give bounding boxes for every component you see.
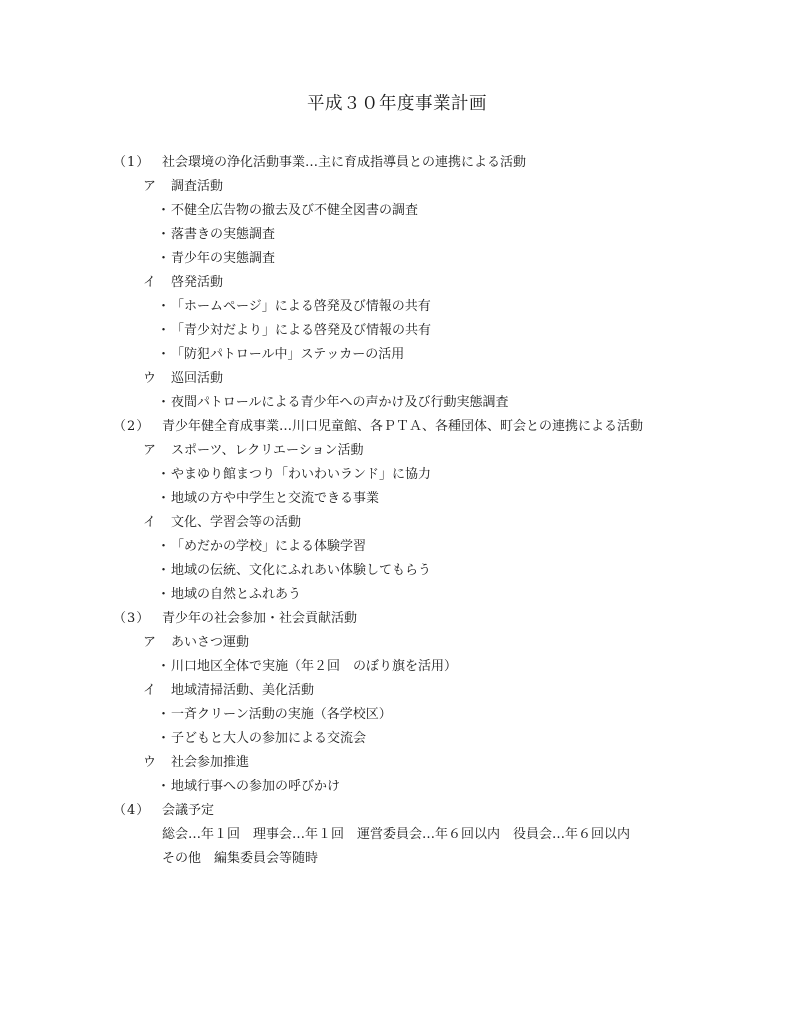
plan-body: （1） 社会環境の浄化活動事業…主に育成指導員との連携による活動 ア 調査活動 … — [113, 151, 713, 871]
bullet-text: 青少年の実態調査 — [171, 247, 275, 271]
bullet-icon: ・ — [157, 703, 170, 727]
section-number: （2） — [113, 415, 150, 439]
bullet-item: ・ 一斉クリーン活動の実施（各学校区） — [113, 703, 713, 727]
bullet-item: ・ 地域の伝統、文化にふれあい体験してもらう — [113, 559, 713, 583]
subsection-marker: イ — [143, 511, 156, 535]
section-number: （1） — [113, 151, 150, 175]
bullet-icon: ・ — [157, 727, 170, 751]
subsection-heading: ア スポーツ、レクリエーション活動 — [113, 439, 713, 463]
section-number: （3） — [113, 607, 150, 631]
bullet-item: ・ 青少年の実態調査 — [113, 247, 713, 271]
section-title: 会議予定 — [162, 799, 214, 823]
bullet-icon: ・ — [157, 223, 170, 247]
subsection-marker: ア — [143, 631, 156, 655]
bullet-icon: ・ — [157, 775, 170, 799]
section-heading: （1） 社会環境の浄化活動事業…主に育成指導員との連携による活動 — [113, 151, 713, 175]
bullet-text: 川口地区全体で実施（年２回 のぼり旗を活用） — [171, 655, 457, 679]
bullet-icon: ・ — [157, 199, 170, 223]
bullet-icon: ・ — [157, 655, 170, 679]
bullet-text: やまゆり館まつり「わいわいランド」に協力 — [171, 463, 431, 487]
section-number: （4） — [113, 799, 150, 823]
bullet-item: ・ 「めだかの学校」による体験学習 — [113, 535, 713, 559]
bullet-item: ・ 川口地区全体で実施（年２回 のぼり旗を活用） — [113, 655, 713, 679]
bullet-item: ・ 「ホームページ」による啓発及び情報の共有 — [113, 295, 713, 319]
bullet-icon: ・ — [157, 535, 170, 559]
subsection-marker: イ — [143, 271, 156, 295]
section-title: 青少年健全育成事業…川口児童館、各ＰＴＡ、各種団体、町会との連携による活動 — [162, 415, 643, 439]
subsection-heading: ウ 巡回活動 — [113, 367, 713, 391]
subsection-heading: ウ 社会参加推進 — [113, 751, 713, 775]
bullet-icon: ・ — [157, 559, 170, 583]
subsection-title: 啓発活動 — [171, 271, 223, 295]
meeting-schedule-line: 総会…年１回 理事会…年１回 運営委員会…年６回以内 役員会…年６回以内 — [113, 823, 713, 847]
bullet-item: ・ やまゆり館まつり「わいわいランド」に協力 — [113, 463, 713, 487]
bullet-item: ・ 「防犯パトロール中」ステッカーの活用 — [113, 343, 713, 367]
subsection-marker: ア — [143, 175, 156, 199]
bullet-text: 「防犯パトロール中」ステッカーの活用 — [171, 343, 404, 367]
bullet-icon: ・ — [157, 343, 170, 367]
subsection-marker: ア — [143, 439, 156, 463]
bullet-text: 地域の方や中学生と交流できる事業 — [171, 487, 379, 511]
bullet-icon: ・ — [157, 319, 170, 343]
bullet-text: 地域の自然とふれあう — [171, 583, 301, 607]
bullet-item: ・ 「青少対だより」による啓発及び情報の共有 — [113, 319, 713, 343]
section-title: 社会環境の浄化活動事業…主に育成指導員との連携による活動 — [162, 151, 526, 175]
bullet-text: 地域の伝統、文化にふれあい体験してもらう — [171, 559, 431, 583]
bullet-item: ・ 地域行事への参加の呼びかけ — [113, 775, 713, 799]
subsection-marker: ウ — [143, 367, 156, 391]
section-heading: （4） 会議予定 — [113, 799, 713, 823]
subsection-title: 地域清掃活動、美化活動 — [171, 679, 314, 703]
subsection-heading: イ 文化、学習会等の活動 — [113, 511, 713, 535]
subsection-heading: イ 啓発活動 — [113, 271, 713, 295]
subsection-title: 巡回活動 — [171, 367, 223, 391]
bullet-text: 「ホームページ」による啓発及び情報の共有 — [171, 295, 431, 319]
bullet-item: ・ 不健全広告物の撤去及び不健全図書の調査 — [113, 199, 713, 223]
subsection-title: 社会参加推進 — [171, 751, 249, 775]
bullet-icon: ・ — [157, 487, 170, 511]
subsection-marker: ウ — [143, 751, 156, 775]
subsection-title: 文化、学習会等の活動 — [171, 511, 301, 535]
section-title: 青少年の社会参加・社会貢献活動 — [162, 607, 357, 631]
section-heading: （2） 青少年健全育成事業…川口児童館、各ＰＴＡ、各種団体、町会との連携による活… — [113, 415, 713, 439]
document-title: 平成３０年度事業計画 — [0, 92, 794, 116]
bullet-text: 落書きの実態調査 — [171, 223, 275, 247]
subsection-heading: ア 調査活動 — [113, 175, 713, 199]
bullet-text: 地域行事への参加の呼びかけ — [171, 775, 340, 799]
subsection-title: 調査活動 — [171, 175, 223, 199]
bullet-item: ・ 地域の方や中学生と交流できる事業 — [113, 487, 713, 511]
bullet-item: ・ 夜間パトロールによる青少年への声かけ及び行動実態調査 — [113, 391, 713, 415]
meeting-other-line: その他 編集委員会等随時 — [113, 847, 713, 871]
subsection-title: スポーツ、レクリエーション活動 — [171, 439, 364, 463]
section-heading: （3） 青少年の社会参加・社会貢献活動 — [113, 607, 713, 631]
subsection-marker: イ — [143, 679, 156, 703]
bullet-item: ・ 子どもと大人の参加による交流会 — [113, 727, 713, 751]
bullet-text: 夜間パトロールによる青少年への声かけ及び行動実態調査 — [171, 391, 508, 415]
bullet-text: 「青少対だより」による啓発及び情報の共有 — [171, 319, 431, 343]
bullet-icon: ・ — [157, 583, 170, 607]
subsection-heading: ア あいさつ運動 — [113, 631, 713, 655]
bullet-icon: ・ — [157, 391, 170, 415]
bullet-text: 一斉クリーン活動の実施（各学校区） — [171, 703, 392, 727]
bullet-text: 「めだかの学校」による体験学習 — [171, 535, 366, 559]
subsection-title: あいさつ運動 — [171, 631, 249, 655]
bullet-icon: ・ — [157, 463, 170, 487]
meeting-other-text: その他 編集委員会等随時 — [162, 847, 318, 871]
bullet-icon: ・ — [157, 247, 170, 271]
bullet-text: 不健全広告物の撤去及び不健全図書の調査 — [171, 199, 418, 223]
bullet-text: 子どもと大人の参加による交流会 — [171, 727, 366, 751]
subsection-heading: イ 地域清掃活動、美化活動 — [113, 679, 713, 703]
bullet-item: ・ 落書きの実態調査 — [113, 223, 713, 247]
bullet-item: ・ 地域の自然とふれあう — [113, 583, 713, 607]
bullet-icon: ・ — [157, 295, 170, 319]
meeting-schedule-text: 総会…年１回 理事会…年１回 運営委員会…年６回以内 役員会…年６回以内 — [162, 823, 630, 847]
